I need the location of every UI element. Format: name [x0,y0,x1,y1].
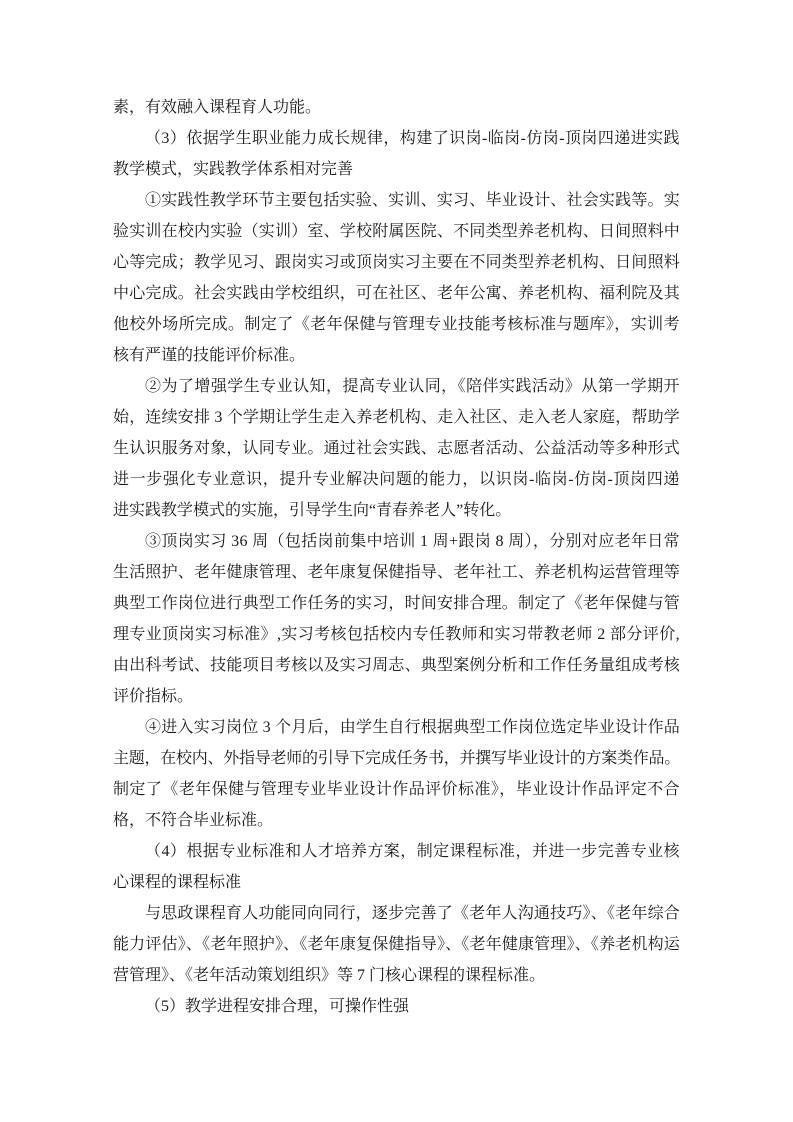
text-line: 格，不符合毕业标准。 [113,805,680,836]
text-line: 始，连续安排 3 个学期让学生走入养老机构、走入社区、走入老人家庭，帮助学 [113,402,680,433]
text-line: （3）依据学生职业能力成长规律，构建了识岗-临岗-仿岗-顶岗四递进实践 [113,123,680,154]
text-line: （4）根据专业标准和人才培养方案，制定课程标准，并进一步完善专业核 [113,836,680,867]
text-line: 核有严谨的技能评价标准。 [113,340,680,371]
text-line: 营管理》、《老年活动策划组织》等 7 门核心课程的课程标准。 [113,960,680,991]
text-line: 与思政课程育人功能同向同行，逐步完善了《老年人沟通技巧》、《老年综合 [113,898,680,929]
text-line: 生活照护、老年健康管理、老年康复保健指导、老年社工、养老机构运营管理等 [113,557,680,588]
text-line: ②为了增强学生专业认知，提高专业认同，《陪伴实践活动》从第一学期开 [113,371,680,402]
text-line: ④进入实习岗位 3 个月后，由学生自行根据典型工作岗位选定毕业设计作品 [113,712,680,743]
text-line: 进实践教学模式的实施，引导学生向“青春养老人”转化。 [113,495,680,526]
text-line: 他校外场所完成。制定了《老年保健与管理专业技能考核标准与题库》，实训考 [113,309,680,340]
text-line: 能力评估》、《老年照护》、《老年康复保健指导》、《老年健康管理》、《养老机构运 [113,929,680,960]
text-line: 验实训在校内实验（实训）室、学校附属医院、不同类型养老机构、日间照料中 [113,216,680,247]
text-line: 主题，在校内、外指导老师的引导下完成任务书，并撰写毕业设计的方案类作品。 [113,743,680,774]
text-line: 典型工作岗位进行典型工作任务的实习，时间安排合理。制定了《老年保健与管 [113,588,680,619]
text-line: 素，有效融入课程育人功能。 [113,92,680,123]
text-line: 评价指标。 [113,681,680,712]
text-line: 进一步强化专业意识，提升专业解决问题的能力，以识岗-临岗-仿岗-顶岗四递 [113,464,680,495]
text-line: 教学模式，实践教学体系相对完善 [113,154,680,185]
text-block: 素，有效融入课程育人功能。（3）依据学生职业能力成长规律，构建了识岗-临岗-仿岗… [113,92,680,1022]
text-line: 中心完成。社会实践由学校组织，可在社区、老年公寓、养老机构、福利院及其 [113,278,680,309]
text-line: 制定了《老年保健与管理专业毕业设计作品评价标准》，毕业设计作品评定不合 [113,774,680,805]
text-line: （5）教学进程安排合理，可操作性强 [113,991,680,1022]
text-line: 理专业顶岗实习标准》,实习考核包括校内专任教师和实习带教老师 2 部分评价, [113,619,680,650]
text-line: ①实践性教学环节主要包括实验、实训、实习、毕业设计、社会实践等。实 [113,185,680,216]
text-line: 心等完成；教学见习、跟岗实习或顶岗实习主要在不同类型养老机构、日间照料 [113,247,680,278]
text-line: ③顶岗实习 36 周（包括岗前集中培训 1 周+跟岗 8 周），分别对应老年日常 [113,526,680,557]
document-page: 素，有效融入课程育人功能。（3）依据学生职业能力成长规律，构建了识岗-临岗-仿岗… [0,0,793,1122]
text-line: 生认识服务对象，认同专业。通过社会实践、志愿者活动、公益活动等多种形式 [113,433,680,464]
text-line: 由出科考试、技能项目考核以及实习周志、典型案例分析和工作任务量组成考核 [113,650,680,681]
text-line: 心课程的课程标准 [113,867,680,898]
